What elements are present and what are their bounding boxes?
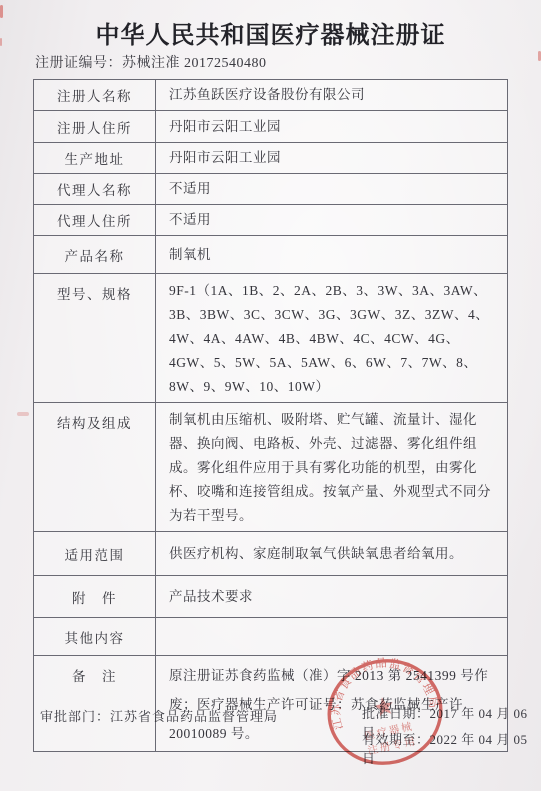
registrant-address-value: 丹阳市云阳工业园 <box>156 111 508 143</box>
product-name-label: 产品名称 <box>34 236 156 274</box>
attachment-label: 附 件 <box>34 576 156 618</box>
scan-artifact <box>17 412 29 416</box>
row-agent-address: 代理人住所 不适用 <box>34 205 508 236</box>
model-spec-value: 9F-1（1A、1B、2、2A、2B、3、3W、3A、3AW、3B、3BW、3C… <box>156 274 508 403</box>
scope-of-application-value: 供医疗机构、家庭制取氧气供缺氧患者给氧用。 <box>156 532 508 576</box>
model-spec-label: 型号、规格 <box>34 274 156 403</box>
registrant-name-label: 注册人名称 <box>34 80 156 111</box>
row-model-spec: 型号、规格 9F-1（1A、1B、2、2A、2B、3、3W、3A、3AW、3B、… <box>34 274 508 403</box>
registrant-name-value: 江苏鱼跃医疗设备股份有限公司 <box>156 80 508 111</box>
row-attachment: 附 件 产品技术要求 <box>34 576 508 618</box>
row-registrant-name: 注册人名称 江苏鱼跃医疗设备股份有限公司 <box>34 80 508 111</box>
certificate-number-line: 注册证编号：苏械注准 20172540480 <box>35 52 267 72</box>
scan-artifact <box>0 38 2 46</box>
other-content-label: 其他内容 <box>34 618 156 656</box>
row-product-name: 产品名称 制氧机 <box>34 236 508 274</box>
certificate-number-label: 注册证编号： <box>35 56 122 71</box>
row-production-address: 生产地址 丹阳市云阳工业园 <box>34 143 508 174</box>
row-structure-composition: 结构及组成 制氧机由压缩机、吸附塔、贮气罐、流量计、湿化器、换向阀、电路板、外壳… <box>34 403 508 532</box>
structure-composition-value: 制氧机由压缩机、吸附塔、贮气罐、流量计、湿化器、换向阀、电路板、外壳、过滤器、雾… <box>156 403 508 532</box>
agent-name-value: 不适用 <box>156 174 508 205</box>
scan-artifact <box>0 5 3 18</box>
attachment-value: 产品技术要求 <box>156 576 508 618</box>
agent-address-label: 代理人住所 <box>34 205 156 236</box>
row-agent-name: 代理人名称 不适用 <box>34 174 508 205</box>
certificate-number-value: 苏械注准 20172540480 <box>122 56 267 71</box>
row-other-content: 其他内容 <box>34 618 508 656</box>
other-content-value <box>156 618 508 656</box>
agent-address-value: 不适用 <box>156 205 508 236</box>
remarks-label: 备 注 <box>34 656 156 752</box>
row-registrant-address: 注册人住所 丹阳市云阳工业园 <box>34 111 508 143</box>
page-title: 中华人民共和国医疗器械注册证 <box>0 15 541 50</box>
structure-composition-label: 结构及组成 <box>34 403 156 532</box>
agent-name-label: 代理人名称 <box>34 174 156 205</box>
production-address-value: 丹阳市云阳工业园 <box>156 143 508 174</box>
scope-of-application-label: 适用范围 <box>34 532 156 576</box>
medical-device-registration-certificate: 中华人民共和国医疗器械注册证 注册证编号：苏械注准 20172540480 注册… <box>0 0 541 791</box>
product-name-value: 制氧机 <box>156 236 508 274</box>
certificate-table: 注册人名称 江苏鱼跃医疗设备股份有限公司 注册人住所 丹阳市云阳工业园 生产地址… <box>33 79 508 752</box>
registrant-address-label: 注册人住所 <box>34 111 156 143</box>
valid-until-date: 有效期至：2022 年 04 月 05 日 <box>362 729 541 767</box>
production-address-label: 生产地址 <box>34 143 156 174</box>
approval-department: 审批部门：江苏省食品药品监督管理局 <box>40 706 278 725</box>
row-scope-of-application: 适用范围 供医疗机构、家庭制取氧气供缺氧患者给氧用。 <box>34 532 508 576</box>
